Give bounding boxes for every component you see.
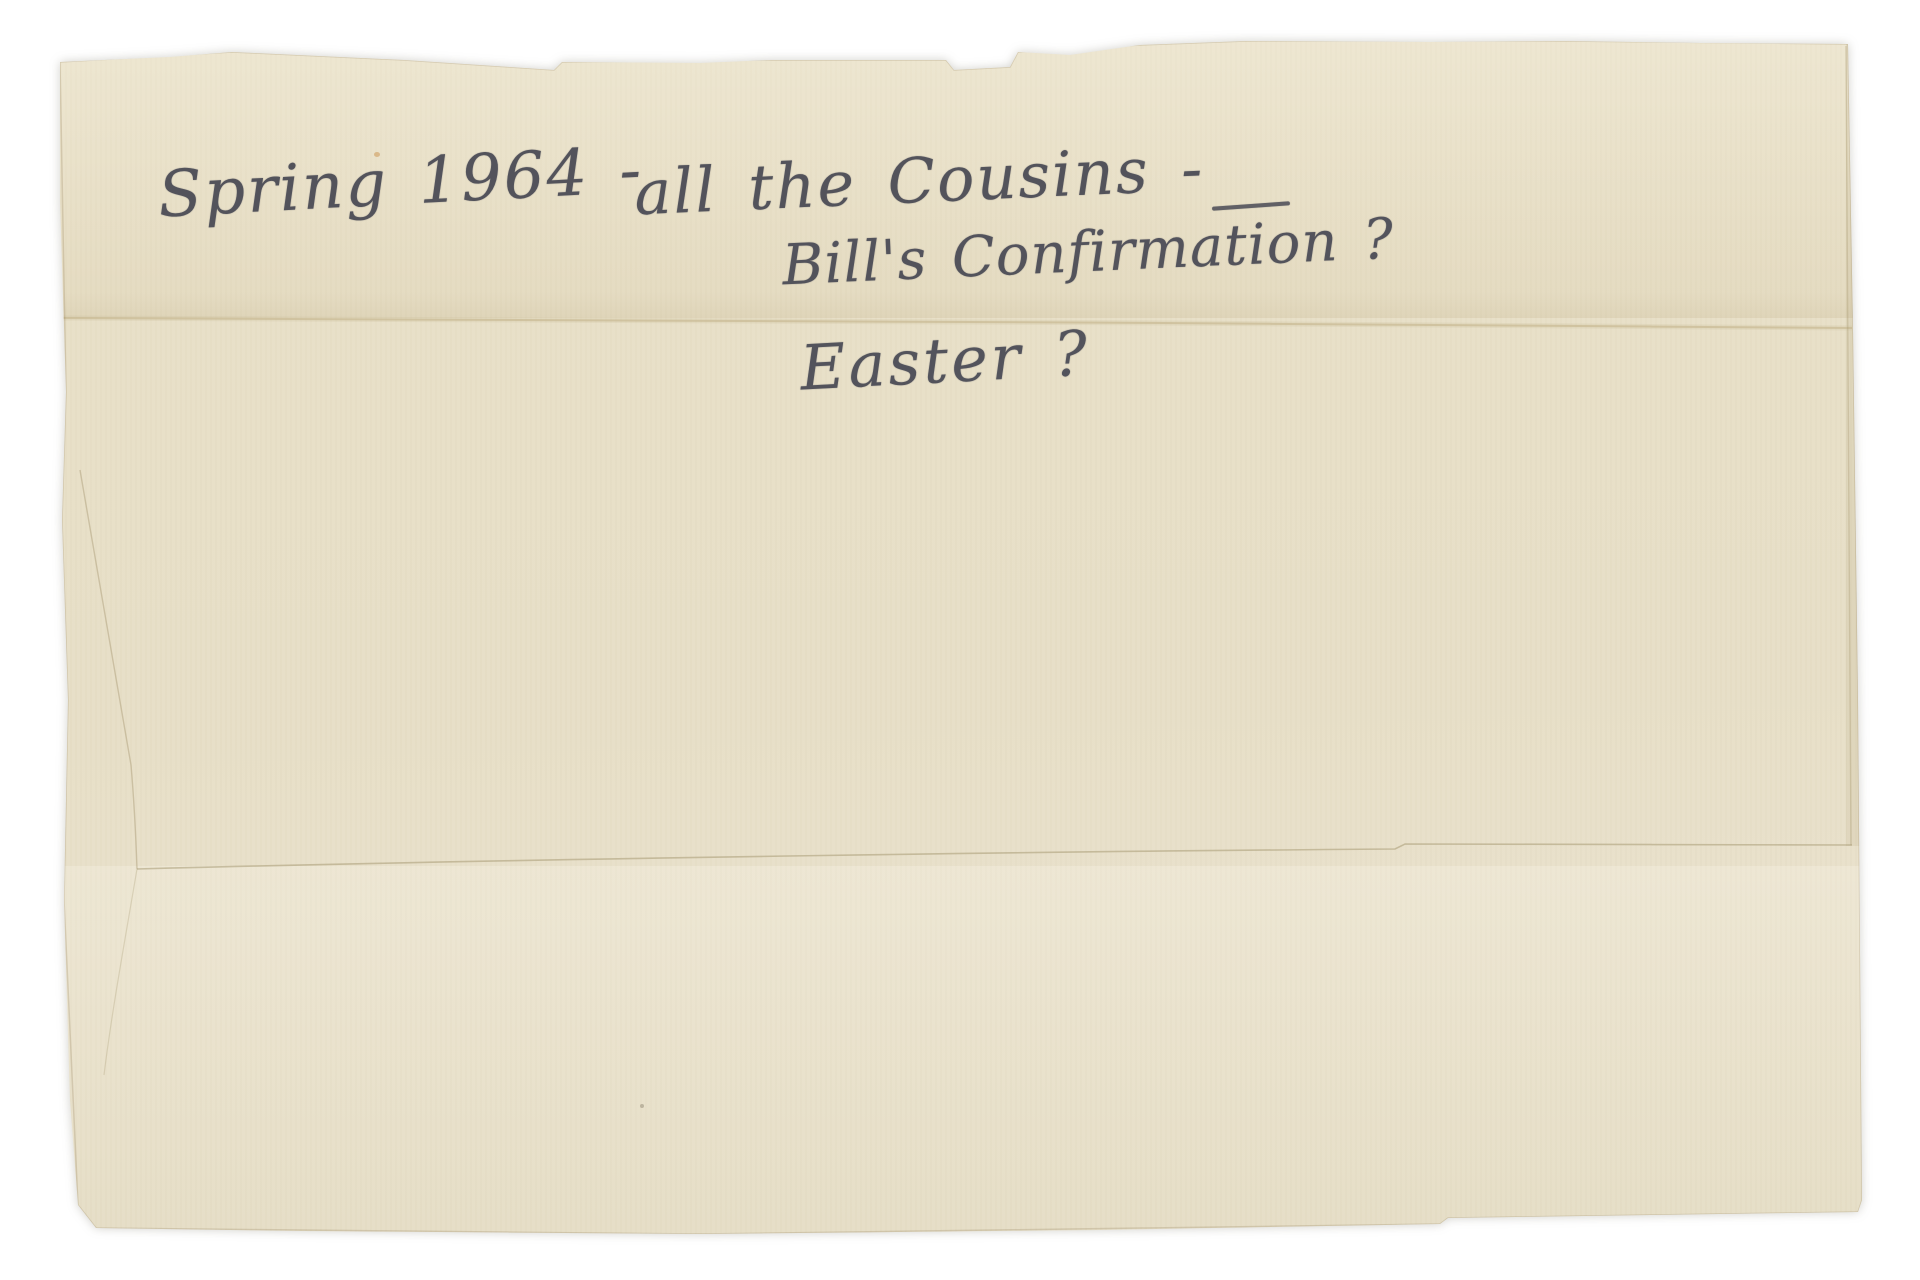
handwriting-line-easter: Easter ? [798,316,1092,404]
envelope: Spring 1964 - all the Cousins - Bill's C… [0,0,1920,1280]
flap-edge-line [137,844,1852,869]
paper-speck [374,152,380,157]
paper-speck [640,1104,644,1108]
left-flap-diagonal [80,470,137,869]
scan-background: Spring 1964 - all the Cousins - Bill's C… [0,0,1920,1280]
right-flap-edge [1846,46,1851,845]
left-flap-lower-crease [104,869,137,1075]
envelope-paper: Spring 1964 - all the Cousins - Bill's C… [0,0,1920,1280]
